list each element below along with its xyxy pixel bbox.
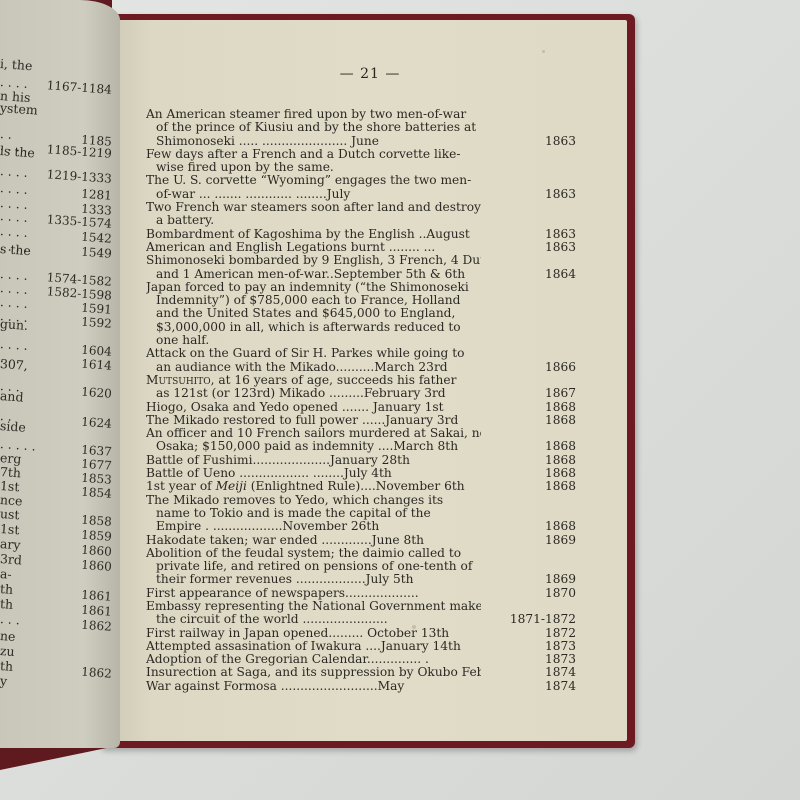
entry-line: Bombardment of Kagoshima by the English … bbox=[146, 228, 481, 241]
entry-text: Hiogo, Osaka and Yedo opened ....... Jan… bbox=[146, 401, 481, 414]
chronology-entry: The Mikado restored to full power ......… bbox=[146, 414, 586, 427]
left-page-year bbox=[111, 653, 112, 665]
left-page-fragment: . . . . bbox=[0, 182, 28, 196]
left-page-fragment: ne bbox=[0, 630, 16, 644]
chronology-entry: First railway in Japan opened......... O… bbox=[146, 627, 586, 640]
entry-line: of-war ... ....... ............ ........… bbox=[146, 188, 481, 201]
entry-line: American and English Legations burnt ...… bbox=[146, 241, 481, 254]
entry-year: 1869 bbox=[486, 534, 586, 547]
left-page-year bbox=[111, 326, 112, 338]
chronology-entry: Hiogo, Osaka and Yedo opened ....... Jan… bbox=[146, 401, 586, 414]
entry-text: Mutsuhito, at 16 years of age, succeeds … bbox=[146, 374, 481, 401]
entry-line: a battery. bbox=[146, 214, 481, 227]
page-number: — 21 — bbox=[300, 66, 440, 82]
left-page-year: 1281 bbox=[81, 188, 112, 203]
chronology-entry: Mutsuhito, at 16 years of age, succeeds … bbox=[146, 374, 586, 401]
left-page-year: 1542 bbox=[81, 231, 112, 246]
left-page-fragment: th bbox=[0, 583, 13, 596]
left-page-year bbox=[111, 502, 112, 514]
entry-line: Shimonoseki bombarded by 9 English, 3 Fr… bbox=[146, 254, 481, 267]
chronology-entry: Attack on the Guard of Sir H. Parkes whi… bbox=[146, 347, 586, 374]
chronology-entry: An officer and 10 French sailors murdere… bbox=[146, 427, 586, 454]
chronology-entry: An American steamer fired upon by two me… bbox=[146, 108, 586, 148]
entry-year: 1867 bbox=[486, 387, 586, 400]
chronology-entry: Bombardment of Kagoshima by the English … bbox=[146, 228, 586, 241]
entry-line: An American steamer fired upon by two me… bbox=[146, 108, 481, 121]
entry-text: Attempted assasination of Iwakura ....Ja… bbox=[146, 640, 481, 653]
entry-year: 1868 bbox=[486, 414, 586, 427]
entry-line: as 121st (or 123rd) Mikado .........Febr… bbox=[146, 387, 481, 400]
entry-year: 1873 bbox=[486, 640, 586, 653]
entry-year: 1863 bbox=[486, 241, 586, 254]
left-page-fragment: 3rd bbox=[0, 553, 22, 567]
entry-year: 1863 bbox=[486, 228, 586, 241]
entry-line: Shimonoseki ..... ......................… bbox=[146, 135, 481, 148]
left-page-fragment: i, the bbox=[0, 58, 33, 73]
entry-line: an audiance with the Mikado..........Mar… bbox=[146, 361, 481, 374]
entry-line: An officer and 10 French sailors murdere… bbox=[146, 427, 481, 440]
left-page-year: 1860 bbox=[81, 559, 112, 574]
entry-line: name to Tokio and is made the capital of… bbox=[146, 507, 481, 520]
entry-line: Embassy representing the National Govern… bbox=[146, 600, 481, 613]
left-page-year: 1859 bbox=[81, 529, 112, 544]
entry-text: Adoption of the Gregorian Calendar......… bbox=[146, 653, 481, 666]
entry-line: the circuit of the world ...............… bbox=[146, 613, 481, 626]
left-page-fragment: s the bbox=[0, 243, 31, 258]
entry-line: Attempted assasination of Iwakura ....Ja… bbox=[146, 640, 481, 653]
entry-line: Few days after a French and a Dutch corv… bbox=[146, 148, 481, 161]
chronology-entry: First appearance of newspapers..........… bbox=[146, 587, 586, 600]
entry-text: The Mikado restored to full power ......… bbox=[146, 414, 481, 427]
left-page-year: 1219-1333 bbox=[46, 168, 112, 185]
entry-line: 1st year of Meiji (Enlightned Rule)....N… bbox=[146, 480, 481, 493]
chronology-list: An American steamer fired upon by two me… bbox=[146, 108, 586, 693]
entry-year: 1872 bbox=[486, 627, 586, 640]
entry-line: Mutsuhito, at 16 years of age, succeeds … bbox=[146, 374, 481, 387]
entry-line: $3,000,000 in all, which is afterwards r… bbox=[146, 321, 481, 334]
entry-text: Attack on the Guard of Sir H. Parkes whi… bbox=[146, 347, 481, 374]
left-page-text: i, the. . . .1167-1184n hisystem. .1185.… bbox=[0, 0, 120, 748]
entry-line: their former revenues ..................… bbox=[146, 573, 481, 586]
left-page-year bbox=[111, 683, 112, 695]
entry-line: and the United States and $645,000 to En… bbox=[146, 307, 481, 320]
entry-line: Battle of Ueno .................. ......… bbox=[146, 467, 481, 480]
entry-line: Indemnity”) of $785,000 each to France, … bbox=[146, 294, 481, 307]
left-page-year: 1861 bbox=[81, 604, 112, 619]
chronology-entry: Embassy representing the National Govern… bbox=[146, 600, 586, 627]
entry-year: 1868 bbox=[486, 454, 586, 467]
chronology-entry: Abolition of the feudal system; the daim… bbox=[146, 547, 586, 587]
left-page-year: 1854 bbox=[81, 486, 112, 501]
entry-text: Japan forced to pay an indemnity (“the S… bbox=[146, 281, 481, 347]
entry-line: First appearance of newspapers..........… bbox=[146, 587, 481, 600]
left-page-fragment: 307, bbox=[0, 358, 28, 372]
left-page-fragment: ary bbox=[0, 538, 21, 552]
left-page-year: 1335-1574 bbox=[46, 213, 112, 230]
entry-text: First appearance of newspapers..........… bbox=[146, 587, 481, 600]
entry-line: Hakodate taken; war ended .............J… bbox=[146, 534, 481, 547]
chronology-entry: Insurection at Saga, and its suppression… bbox=[146, 666, 586, 679]
entry-text: Abolition of the feudal system; the daim… bbox=[146, 547, 481, 587]
entry-text: American and English Legations burnt ...… bbox=[146, 241, 481, 254]
entry-text: 1st year of Meiji (Enlightned Rule)....N… bbox=[146, 480, 481, 493]
entry-text: Shimonoseki bombarded by 9 English, 3 Fr… bbox=[146, 254, 481, 281]
entry-text: Embassy representing the National Govern… bbox=[146, 600, 481, 627]
entry-year: 1866 bbox=[486, 361, 586, 374]
entry-year: 1868 bbox=[486, 467, 586, 480]
entry-line: of the prince of Kiusiu and by the shore… bbox=[146, 121, 481, 134]
entry-line: Insurection at Saga, and its suppression… bbox=[146, 666, 481, 679]
left-page-fragment: . . . . bbox=[0, 165, 28, 179]
chronology-entry: Battle of Fushimi....................Jan… bbox=[146, 454, 586, 467]
left-page-year bbox=[111, 366, 112, 378]
chronology-entry: The Mikado removes to Yedo, which change… bbox=[146, 494, 586, 534]
entry-year: 1874 bbox=[486, 666, 586, 679]
entry-year: 1863 bbox=[486, 135, 586, 148]
paper-stain bbox=[542, 50, 545, 53]
left-page-year: 1862 bbox=[81, 619, 112, 634]
left-page-fragment: ls the bbox=[0, 145, 35, 160]
entry-line: Abolition of the feudal system; the daim… bbox=[146, 547, 481, 560]
entry-text: Bombardment of Kagoshima by the English … bbox=[146, 228, 481, 241]
left-page-year bbox=[111, 110, 112, 122]
entry-year: 1870 bbox=[486, 587, 586, 600]
entry-year: 1864 bbox=[486, 268, 586, 281]
chronology-entry: Japan forced to pay an indemnity (“the S… bbox=[146, 281, 586, 347]
entry-line: Hiogo, Osaka and Yedo opened ....... Jan… bbox=[146, 401, 481, 414]
entry-text: An American steamer fired upon by two me… bbox=[146, 108, 481, 148]
chronology-entry: Battle of Ueno .................. ......… bbox=[146, 467, 586, 480]
left-page-fragment: . . . . bbox=[0, 210, 28, 224]
entry-line: Attack on the Guard of Sir H. Parkes whi… bbox=[146, 347, 481, 360]
left-page-year bbox=[111, 153, 112, 165]
left-page-fragment: ust bbox=[0, 508, 20, 522]
left-page-fragment: a- bbox=[0, 568, 12, 581]
left-page-fragment: 1st bbox=[0, 523, 20, 537]
entry-text: First railway in Japan opened......... O… bbox=[146, 627, 481, 640]
chronology-entry: Few days after a French and a Dutch corv… bbox=[146, 148, 586, 175]
entry-line: private life, and retired on pensions of… bbox=[146, 560, 481, 573]
entry-line: Adoption of the Gregorian Calendar......… bbox=[146, 653, 481, 666]
chronology-entry: Two French war steamers soon after land … bbox=[146, 201, 586, 228]
entry-year: 1868 bbox=[486, 520, 586, 533]
entry-line: Osaka; $150,000 paid as indemnity ....Ma… bbox=[146, 440, 481, 453]
left-page-year: 1862 bbox=[81, 666, 112, 681]
book-page-left: i, the. . . .1167-1184n hisystem. .1185.… bbox=[0, 0, 120, 748]
entry-text: Insurection at Saga, and its suppression… bbox=[146, 666, 481, 679]
entry-year: 1869 bbox=[486, 573, 586, 586]
entry-line: First railway in Japan opened......... O… bbox=[146, 627, 481, 640]
entry-text: Battle of Ueno .................. ......… bbox=[146, 467, 481, 480]
entry-line: one half. bbox=[146, 334, 481, 347]
entry-year: 1873 bbox=[486, 653, 586, 666]
entry-line: Battle of Fushimi....................Jan… bbox=[146, 454, 481, 467]
left-page-fragment: th bbox=[0, 598, 13, 611]
entry-line: wise fired upon by the same. bbox=[146, 161, 481, 174]
entry-text: The U. S. corvette “Wyoming” engages the… bbox=[146, 174, 481, 201]
left-page-fragment: and bbox=[0, 390, 24, 404]
entry-text: Two French war steamers soon after land … bbox=[146, 201, 481, 228]
entry-text: War against Formosa ....................… bbox=[146, 680, 481, 693]
left-page-year bbox=[111, 98, 112, 110]
left-page-year: 1861 bbox=[81, 589, 112, 604]
left-page-fragment: side bbox=[0, 420, 26, 434]
entry-line: The U. S. corvette “Wyoming” engages the… bbox=[146, 174, 481, 187]
left-page-year: 1860 bbox=[81, 544, 112, 559]
left-page-fragment: y bbox=[0, 675, 7, 688]
chronology-entry: The U. S. corvette “Wyoming” engages the… bbox=[146, 174, 586, 201]
chronology-entry: 1st year of Meiji (Enlightned Rule)....N… bbox=[146, 480, 586, 493]
chronology-entry: War against Formosa ....................… bbox=[146, 680, 586, 693]
left-page-year bbox=[111, 66, 112, 78]
entry-text: The Mikado removes to Yedo, which change… bbox=[146, 494, 481, 534]
entry-year: 1868 bbox=[486, 440, 586, 453]
entry-text: Hakodate taken; war ended .............J… bbox=[146, 534, 481, 547]
left-page-fragment: . . . . bbox=[0, 225, 28, 239]
left-page-fragment: . . . bbox=[0, 613, 20, 627]
left-page-fragment: ystem bbox=[0, 102, 38, 117]
left-page-year bbox=[111, 576, 112, 588]
entry-line: War against Formosa ....................… bbox=[146, 680, 481, 693]
left-page-fragment: th bbox=[0, 660, 13, 673]
left-page-year: 1858 bbox=[81, 514, 112, 529]
entry-line: Empire . ..................November 26th bbox=[146, 520, 481, 533]
entry-text: An officer and 10 French sailors murdere… bbox=[146, 427, 481, 454]
entry-year: 1868 bbox=[486, 480, 586, 493]
chronology-entry: Shimonoseki bombarded by 9 English, 3 Fr… bbox=[146, 254, 586, 281]
entry-year: 1871-1872 bbox=[486, 613, 586, 626]
entry-line: Two French war steamers soon after land … bbox=[146, 201, 481, 214]
left-page-fragment: zu bbox=[0, 645, 15, 658]
left-page-year bbox=[111, 428, 112, 440]
chronology-entry: Hakodate taken; war ended .............J… bbox=[146, 534, 586, 547]
entry-text: Few days after a French and a Dutch corv… bbox=[146, 148, 481, 175]
entry-line: The Mikado removes to Yedo, which change… bbox=[146, 494, 481, 507]
left-page-year bbox=[111, 398, 112, 410]
entry-line: The Mikado restored to full power ......… bbox=[146, 414, 481, 427]
entry-year: 1874 bbox=[486, 680, 586, 693]
chronology-entry: Adoption of the Gregorian Calendar......… bbox=[146, 653, 586, 666]
entry-year: 1863 bbox=[486, 188, 586, 201]
left-page-fragment: gun. bbox=[0, 318, 28, 332]
entry-line: and 1 American men-of-war..September 5th… bbox=[146, 268, 481, 281]
chronology-entry: American and English Legations burnt ...… bbox=[146, 241, 586, 254]
entry-year: 1868 bbox=[486, 401, 586, 414]
entry-line: Japan forced to pay an indemnity (“the S… bbox=[146, 281, 481, 294]
entry-text: Battle of Fushimi....................Jan… bbox=[146, 454, 481, 467]
left-page-year bbox=[111, 638, 112, 650]
left-page-year bbox=[111, 251, 112, 263]
chronology-entry: Attempted assasination of Iwakura ....Ja… bbox=[146, 640, 586, 653]
